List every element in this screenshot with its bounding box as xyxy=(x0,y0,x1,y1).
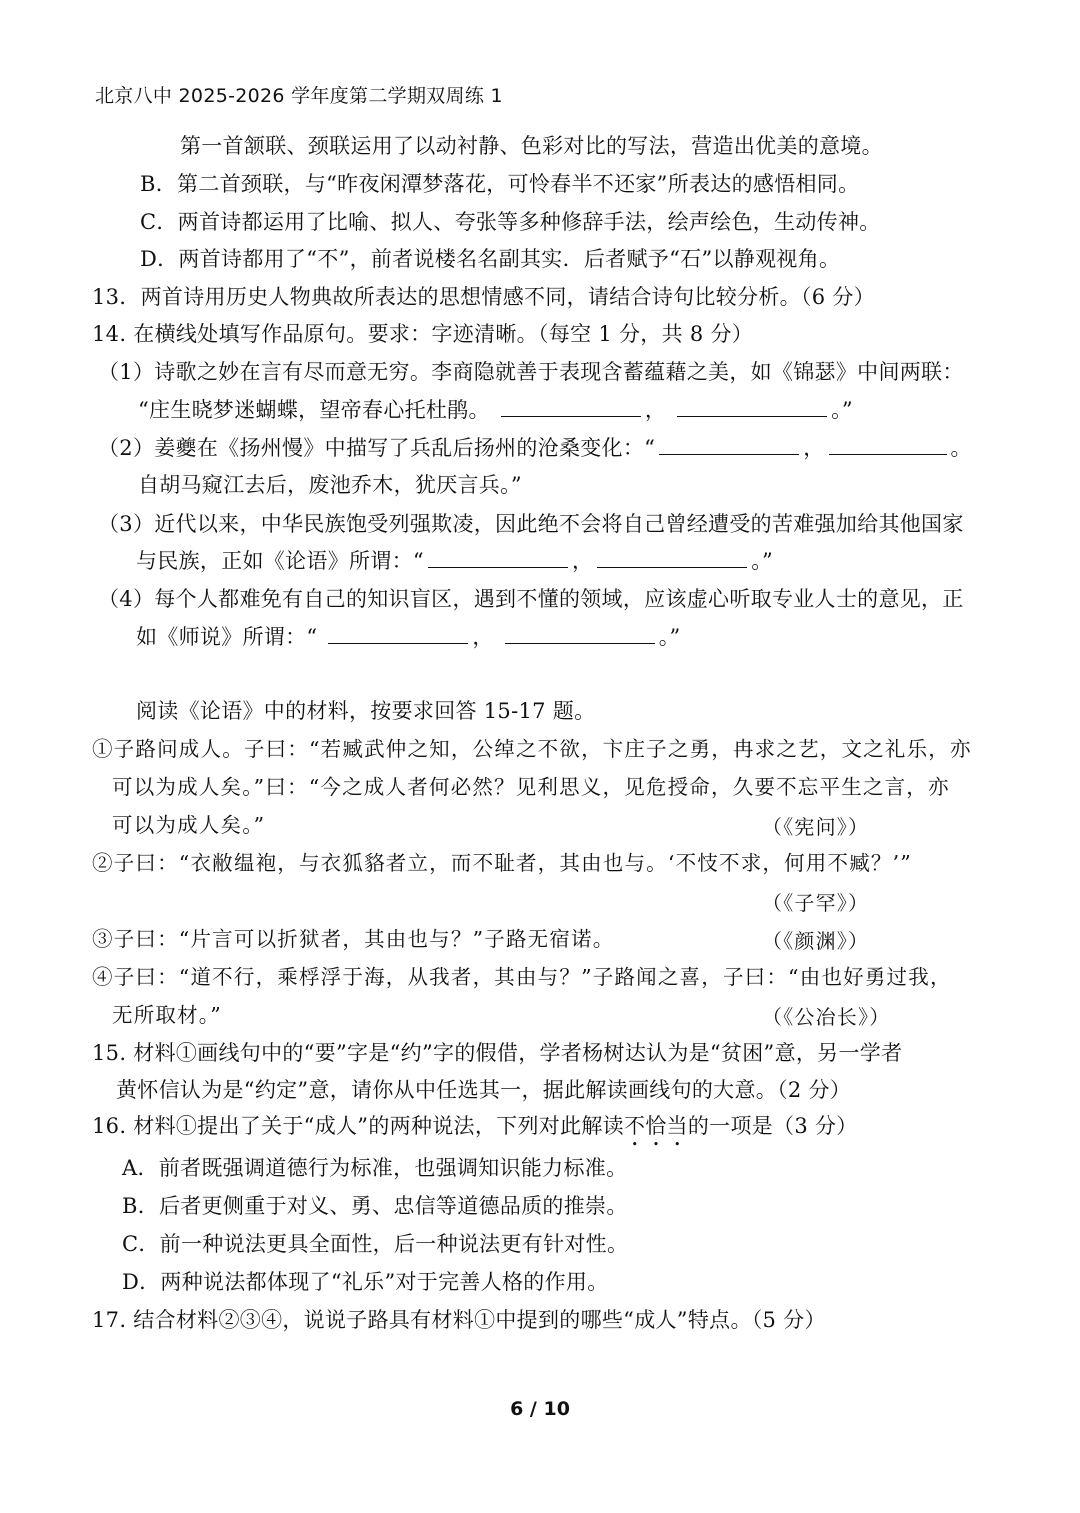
material-1-line1: ①子路问成人。子曰：“若臧武仲之知，公绰之不欲，卞庄子之勇，冉求之艺，文之礼乐，… xyxy=(92,735,972,763)
end-mark: 。” xyxy=(659,625,681,649)
fill-blank[interactable] xyxy=(677,398,827,417)
page-header: 北京八中 2025-2026 学年度第二学期双周练 1 xyxy=(95,82,503,110)
q16-option-b: B．后者更侧重于对义、勇、忠信等道德品质的推崇。 xyxy=(122,1192,628,1220)
fill-blank[interactable] xyxy=(428,549,568,568)
material-2-source: （《子罕》） xyxy=(762,887,869,916)
q14-part2-line1: （2）姜夔在《扬州慢》中描写了兵乱后扬州的沧桑变化：“，。 xyxy=(98,434,972,462)
fill-blank[interactable] xyxy=(829,436,947,455)
q14-part4-text: 如《师说》所谓：“ xyxy=(136,625,317,649)
separator: ， xyxy=(572,549,593,573)
q14-part3-text: 与民族，正如《论语》所谓：“ xyxy=(136,549,424,573)
fill-blank[interactable] xyxy=(501,398,641,417)
q14-part2-line2: 自胡马窥江去后，废池乔木，犹厌言兵。” xyxy=(138,471,522,499)
question-13: 13．两首诗用历史人物典故所表达的思想情感不同，请结合诗句比较分析。（6 分） xyxy=(92,283,875,311)
fill-blank[interactable] xyxy=(659,436,799,455)
fill-blank[interactable] xyxy=(505,625,655,644)
q16-option-d: D．两种说法都体现了“礼乐”对于完善人格的作用。 xyxy=(122,1268,609,1296)
q14-part1-line2: “庄生晓梦迷蝴蝶，望帝春心托杜鹃。 ， 。” xyxy=(138,396,853,424)
separator: ， xyxy=(803,436,824,460)
fill-blank[interactable] xyxy=(328,625,468,644)
material-4-source: （《公冶长》） xyxy=(762,1001,890,1030)
material-3-line1: ③子曰：“片言可以折狱者，其由也与？”子路无宿诺。 xyxy=(92,925,614,953)
separator: ， xyxy=(645,398,666,422)
q14-part3-line2: 与民族，正如《论语》所谓：“，。” xyxy=(136,547,773,575)
end-mark: 。” xyxy=(831,398,853,422)
q16-option-c: C．前一种说法更具全面性，后一种说法更有针对性。 xyxy=(122,1230,628,1258)
material-4-line1: ④子曰：“道不行，乘桴浮于海，从我者，其由与？”子路闻之喜，子曰：“由也好勇过我… xyxy=(92,963,952,991)
page-number: 6 / 10 xyxy=(0,1398,1080,1420)
q16-stem-post: 的一项是（3 分） xyxy=(688,1114,858,1138)
material-4-line2: 无所取材。” xyxy=(112,1001,222,1029)
q16-option-a: A．前者既强调道德行为标准，也强调知识能力标准。 xyxy=(122,1154,627,1182)
separator: ， xyxy=(472,625,493,649)
reading-intro: 阅读《论语》中的材料，按要求回答 15-17 题。 xyxy=(136,697,595,725)
q12-option-b: B．第二首颈联，与“昨夜闲潭梦落花，可怜春半不还家”所表达的感悟相同。 xyxy=(140,170,859,198)
material-1-source: （《宪问》） xyxy=(762,811,869,840)
question-16-stem: 16. 材料①提出了关于“成人”的两种说法，下列对此解读不恰当的一项是（3 分） xyxy=(92,1112,858,1151)
material-1-line2: 可以为成人矣。”曰：“今之成人者何必然？见利思义，见危授命，久要不忘平生之言，亦 xyxy=(112,773,950,801)
q14-part2-text: （2）姜夔在《扬州慢》中描写了兵乱后扬州的沧桑变化：“ xyxy=(98,436,655,460)
q14-part3-line1: （3）近代以来，中华民族饱受列强欺凌，因此绝不会将自己曾经遭受的苦难强加给其他国… xyxy=(98,510,964,538)
q16-stem-pre: 16. 材料①提出了关于“成人”的两种说法，下列对此解读 xyxy=(92,1114,624,1138)
end-mark: 。” xyxy=(751,549,773,573)
q14-part4-line1: （4）每个人都难免有自己的知识盲区，遇到不懂的领域，应该虚心听取专业人士的意见，… xyxy=(98,585,964,613)
fill-blank[interactable] xyxy=(597,549,747,568)
q12-option-a-tail: 第一首颔联、颈联运用了以动衬静、色彩对比的写法，营造出优美的意境。 xyxy=(180,132,883,160)
end-mark: 。 xyxy=(951,436,972,460)
exam-page: 北京八中 2025-2026 学年度第二学期双周练 1 第一首颔联、颈联运用了以… xyxy=(0,0,1080,1513)
q12-option-d: D．两首诗都用了“不”，前者说楼名名副其实．后者赋予“石”以静观视角。 xyxy=(140,245,840,273)
material-2-line1: ②子曰：“衣敝缊袍，与衣狐貉者立，而不耻者，其由也与。‘不忮不求，何用不臧？’” xyxy=(92,849,912,877)
question-15-line2: 黄怀信认为是“约定”意，请你从中任选其一，据此解读画线句的大意。（2 分） xyxy=(116,1076,851,1104)
q14-part1-line1: （1）诗歌之妙在言有尽而意无穷。李商隐就善于表现含蓄蕴藉之美，如《锦瑟》中间两联… xyxy=(98,358,964,386)
question-14-stem: 14. 在横线处填写作品原句。要求：字迹清晰。（每空 1 分，共 8 分） xyxy=(92,320,753,348)
question-15-line1: 15. 材料①画线句中的“要”字是“约”字的假借，学者杨树达认为是“贫困”意，另… xyxy=(92,1039,902,1067)
material-3-source: （《颜渊》） xyxy=(762,925,869,954)
q16-emphasis: 不恰当 xyxy=(624,1114,688,1138)
q14-part1-text: “庄生晓梦迷蝴蝶，望帝春心托杜鹃。 xyxy=(138,398,490,422)
q12-option-c: C．两首诗都运用了比喻、拟人、夸张等多种修辞手法，绘声绘色，生动传神。 xyxy=(140,208,881,236)
question-17: 17. 结合材料②③④，说说子路具有材料①中提到的哪些“成人”特点。（5 分） xyxy=(92,1306,826,1334)
material-1-line3: 可以为成人矣。” xyxy=(112,811,265,839)
q14-part4-line2: 如《师说》所谓：“ ， 。” xyxy=(136,623,681,651)
